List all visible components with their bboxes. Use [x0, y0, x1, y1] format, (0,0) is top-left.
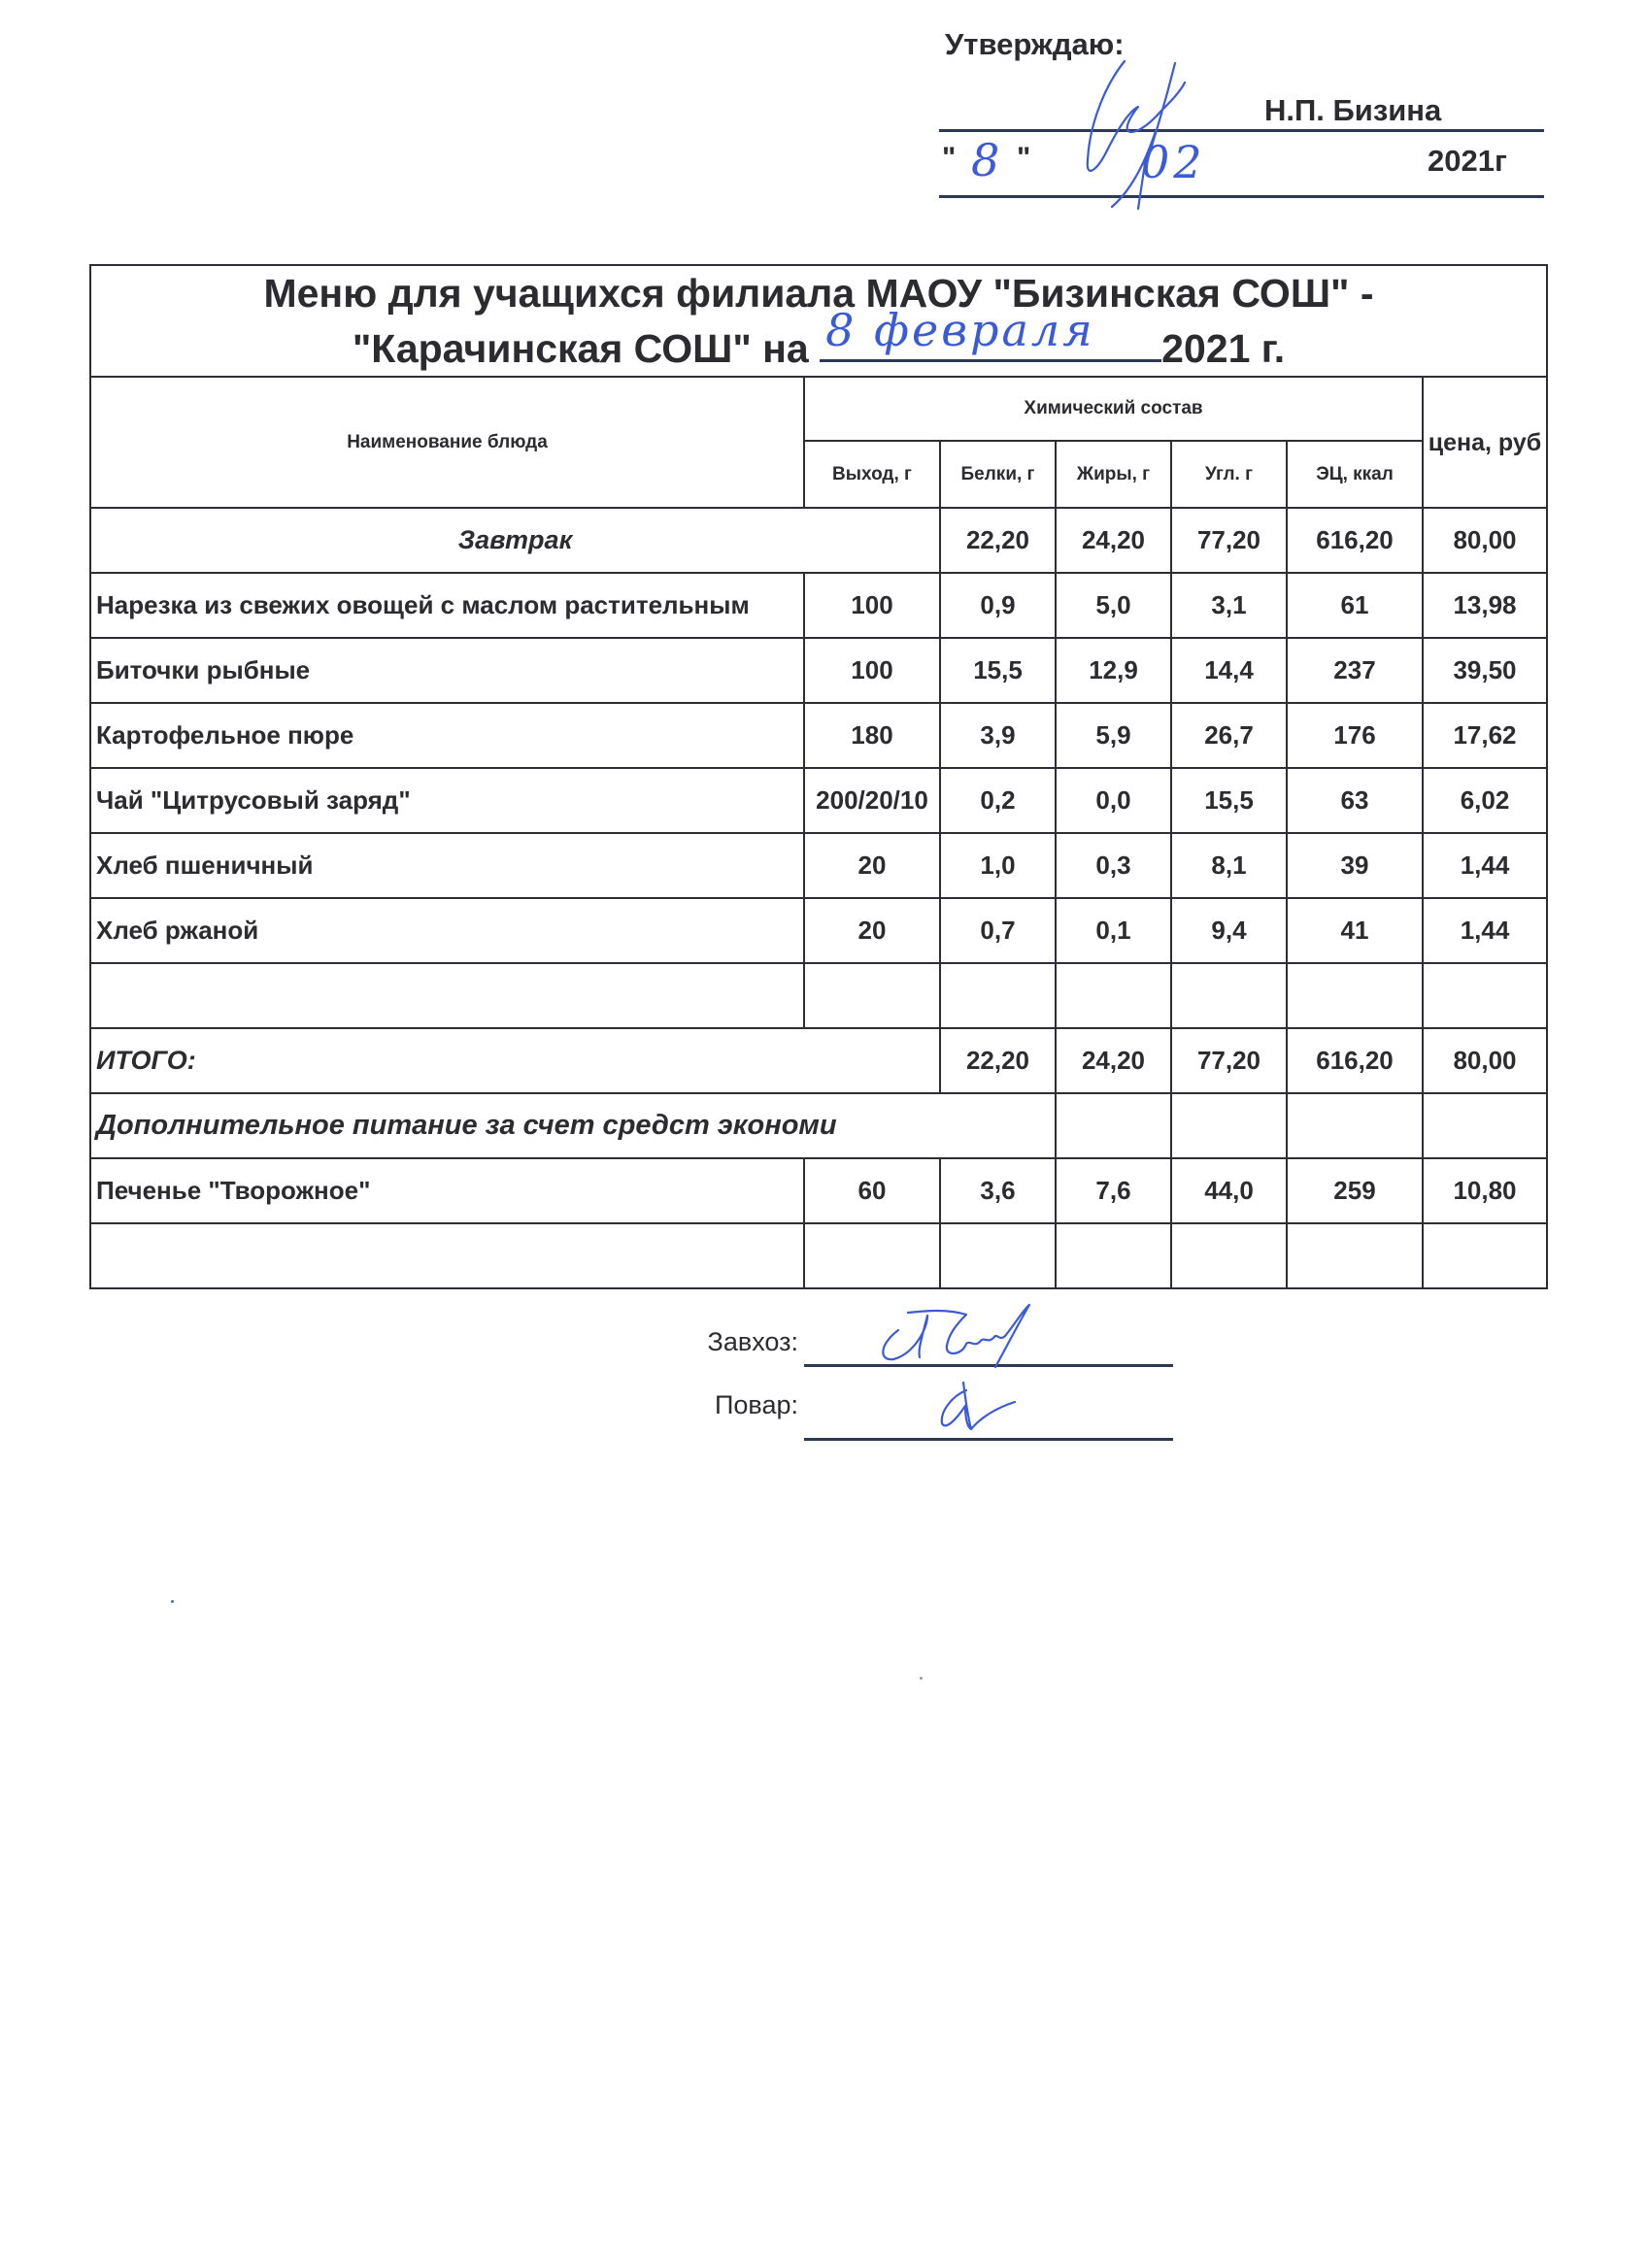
empty-cell [1056, 1223, 1171, 1288]
dish-name: Печенье "Творожное" [90, 1158, 804, 1223]
dish-name: Нарезка из свежих овощей с маслом растит… [90, 573, 804, 638]
dish-price: 10,80 [1423, 1158, 1547, 1223]
dish-carbs: 14,4 [1171, 638, 1287, 703]
breakfast-label: Завтрак [90, 508, 940, 573]
empty-cell [90, 963, 804, 1028]
table-row: Биточки рыбные 100 15,5 12,9 14,4 237 39… [90, 638, 1547, 703]
menu-title-suffix: 2021 г. [1161, 326, 1285, 371]
header-kcal: ЭЦ, ккал [1287, 441, 1423, 508]
director-signature-icon [1068, 53, 1224, 209]
menu-title-line1: Меню для учащихся филиала МАОУ "Бизинска… [91, 266, 1546, 320]
breakfast-kcal: 616,20 [1287, 508, 1423, 573]
dish-kcal: 237 [1287, 638, 1423, 703]
total-protein: 22,20 [940, 1028, 1056, 1093]
header-price: цена, руб [1423, 377, 1547, 508]
dish-fat: 5,9 [1056, 703, 1171, 768]
empty-cell [1056, 1093, 1171, 1158]
approval-quote-open: " [942, 142, 956, 175]
dish-yield: 100 [804, 573, 940, 638]
dish-carbs: 26,7 [1171, 703, 1287, 768]
dish-fat: 0,1 [1056, 898, 1171, 963]
dish-protein: 15,5 [940, 638, 1056, 703]
dish-carbs: 3,1 [1171, 573, 1287, 638]
menu-title-line2: "Карачинская СОШ" на 8 февраля2021 г. [91, 320, 1546, 376]
total-kcal: 616,20 [1287, 1028, 1423, 1093]
approval-handwritten-day: 8 [971, 134, 999, 186]
dish-carbs: 44,0 [1171, 1158, 1287, 1223]
dish-price: 17,62 [1423, 703, 1547, 768]
dish-price: 39,50 [1423, 638, 1547, 703]
dish-kcal: 259 [1287, 1158, 1423, 1223]
total-price: 80,00 [1423, 1028, 1547, 1093]
dish-yield: 20 [804, 833, 940, 898]
dish-kcal: 41 [1287, 898, 1423, 963]
empty-cell [804, 1223, 940, 1288]
empty-cell [940, 963, 1056, 1028]
dish-fat: 0,0 [1056, 768, 1171, 833]
dish-yield: 20 [804, 898, 940, 963]
empty-cell [1171, 1093, 1287, 1158]
empty-cell [1423, 1223, 1547, 1288]
scan-speck [171, 1600, 174, 1603]
header-protein: Белки, г [940, 441, 1056, 508]
breakfast-row: Завтрак 22,20 24,20 77,20 616,20 80,00 [90, 508, 1547, 573]
storekeeper-signature-icon [869, 1301, 1063, 1369]
empty-cell [1287, 1223, 1423, 1288]
dish-fat: 7,6 [1056, 1158, 1171, 1223]
empty-cell [1171, 963, 1287, 1028]
table-row: Хлеб ржаной 20 0,7 0,1 9,4 41 1,44 [90, 898, 1547, 963]
dish-fat: 0,3 [1056, 833, 1171, 898]
dish-name: Чай "Цитрусовый заряд" [90, 768, 804, 833]
menu-date-blank: 8 февраля [820, 320, 1161, 362]
header-fat: Жиры, г [1056, 441, 1171, 508]
extra-section-label: Дополнительное питание за счет средст эк… [90, 1093, 1056, 1158]
dish-price: 13,98 [1423, 573, 1547, 638]
dish-fat: 5,0 [1056, 573, 1171, 638]
cook-label: Повар: [604, 1390, 798, 1420]
empty-row [90, 963, 1547, 1028]
empty-cell [1171, 1223, 1287, 1288]
approval-signer-name: Н.П. Бизина [1264, 93, 1441, 128]
header-carbs: Угл. г [1171, 441, 1287, 508]
dish-protein: 0,7 [940, 898, 1056, 963]
empty-cell [804, 963, 940, 1028]
dish-carbs: 8,1 [1171, 833, 1287, 898]
extra-section-row: Дополнительное питание за счет средст эк… [90, 1093, 1547, 1158]
menu-title-prefix: "Карачинская СОШ" на [353, 326, 809, 371]
dish-price: 6,02 [1423, 768, 1547, 833]
dish-yield: 180 [804, 703, 940, 768]
approval-signature-line [939, 129, 1544, 132]
table-row: Печенье "Творожное" 60 3,6 7,6 44,0 259 … [90, 1158, 1547, 1223]
total-fat: 24,20 [1056, 1028, 1171, 1093]
dish-price: 1,44 [1423, 833, 1547, 898]
dish-protein: 3,9 [940, 703, 1056, 768]
dish-price: 1,44 [1423, 898, 1547, 963]
approval-date-line [939, 195, 1544, 198]
dish-kcal: 61 [1287, 573, 1423, 638]
total-carbs: 77,20 [1171, 1028, 1287, 1093]
dish-name: Хлеб ржаной [90, 898, 804, 963]
empty-cell [940, 1223, 1056, 1288]
total-row: ИТОГО: 22,20 24,20 77,20 616,20 80,00 [90, 1028, 1547, 1093]
empty-cell [1287, 1093, 1423, 1158]
breakfast-price: 80,00 [1423, 508, 1547, 573]
table-row: Нарезка из свежих овощей с маслом растит… [90, 573, 1547, 638]
empty-row [90, 1223, 1547, 1288]
dish-name: Биточки рыбные [90, 638, 804, 703]
dish-yield: 200/20/10 [804, 768, 940, 833]
dish-carbs: 15,5 [1171, 768, 1287, 833]
cook-signature-line [804, 1438, 1173, 1441]
dish-yield: 100 [804, 638, 940, 703]
dish-protein: 1,0 [940, 833, 1056, 898]
storekeeper-label: Завхоз: [604, 1327, 798, 1357]
menu-title: Меню для учащихся филиала МАОУ "Бизинска… [90, 265, 1547, 377]
dish-protein: 0,2 [940, 768, 1056, 833]
dish-name: Хлеб пшеничный [90, 833, 804, 898]
cook-signature-icon [923, 1379, 1039, 1437]
approval-year: 2021г [1428, 144, 1507, 179]
dish-carbs: 9,4 [1171, 898, 1287, 963]
dish-protein: 3,6 [940, 1158, 1056, 1223]
empty-cell [90, 1223, 804, 1288]
table-row: Картофельное пюре 180 3,9 5,9 26,7 176 1… [90, 703, 1547, 768]
scan-speck [920, 1677, 923, 1680]
menu-handwritten-date: 8 февраля [825, 303, 1095, 357]
header-yield: Выход, г [804, 441, 940, 508]
table-row: Чай "Цитрусовый заряд" 200/20/10 0,2 0,0… [90, 768, 1547, 833]
breakfast-protein: 22,20 [940, 508, 1056, 573]
total-label: ИТОГО: [90, 1028, 940, 1093]
empty-cell [1423, 963, 1547, 1028]
dish-kcal: 176 [1287, 703, 1423, 768]
empty-cell [1423, 1093, 1547, 1158]
dish-name: Картофельное пюре [90, 703, 804, 768]
breakfast-fat: 24,20 [1056, 508, 1171, 573]
dish-kcal: 39 [1287, 833, 1423, 898]
dish-yield: 60 [804, 1158, 940, 1223]
dish-kcal: 63 [1287, 768, 1423, 833]
empty-cell [1056, 963, 1171, 1028]
dish-protein: 0,9 [940, 573, 1056, 638]
dish-fat: 12,9 [1056, 638, 1171, 703]
approval-quote-close: " [1017, 142, 1030, 175]
breakfast-carbs: 77,20 [1171, 508, 1287, 573]
header-dish-name: Наименование блюда [90, 377, 804, 508]
empty-cell [1287, 963, 1423, 1028]
table-row: Хлеб пшеничный 20 1,0 0,3 8,1 39 1,44 [90, 833, 1547, 898]
header-chemical-composition: Химический состав [804, 377, 1423, 441]
menu-table: Меню для учащихся филиала МАОУ "Бизинска… [89, 264, 1548, 1289]
